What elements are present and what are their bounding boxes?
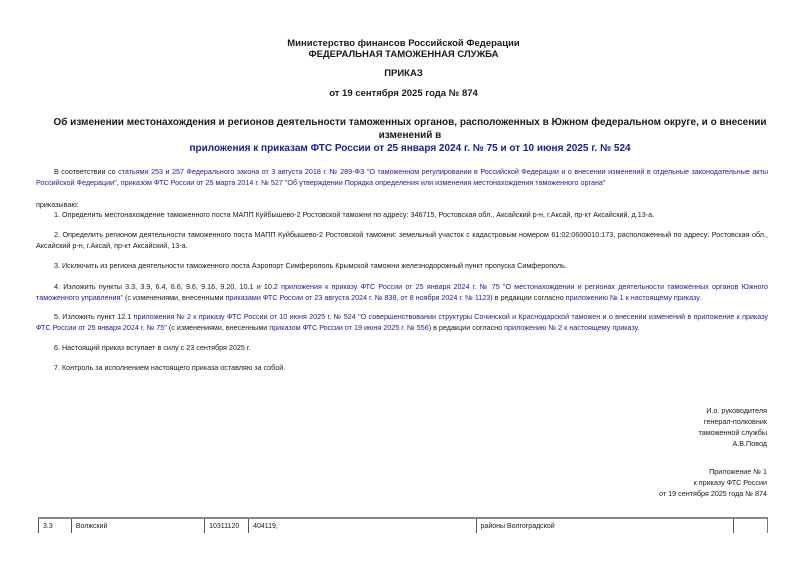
item-text: 5. Изложить пункт 12.1 bbox=[54, 312, 134, 321]
order-527-link[interactable]: приказом ФТС России от 25 марта 2014 г. … bbox=[121, 178, 606, 187]
table-row: 3.3 Волжский 10311120 404119, районы Вол… bbox=[39, 518, 768, 533]
signature-position: И.о. руководителя bbox=[699, 405, 767, 416]
appendix-header: Приложение № 1 к приказу ФТС России от 1… bbox=[659, 466, 767, 499]
item-7: 7. Контроль за исполнением настоящего пр… bbox=[36, 362, 768, 373]
appendix-2-link[interactable]: приложению № 2 к настоящему приказу bbox=[504, 323, 637, 332]
item-1: 1. Определить местонахождение таможенног… bbox=[36, 209, 768, 220]
document-type: ПРИКАЗ bbox=[0, 68, 807, 79]
item-2: 2. Определить регионом деятельности тамо… bbox=[36, 229, 768, 251]
table-cell-region: районы Волгоградской bbox=[476, 518, 734, 533]
title-link[interactable]: приложения к приказам ФТС России от 25 я… bbox=[189, 143, 630, 154]
table-cell-post: Волжский bbox=[71, 518, 204, 533]
item-6: 6. Настоящий приказ вступает в силу с 23… bbox=[36, 342, 768, 353]
orders-838-1123-link[interactable]: приказами ФТС России от 23 августа 2024 … bbox=[226, 293, 491, 302]
table-cell-number: 3.3 bbox=[39, 518, 72, 533]
appendix-1-link[interactable]: приложению № 1 к настоящему приказу bbox=[566, 293, 699, 302]
item-5: 5. Изложить пункт 12.1 приложения № 2 к … bbox=[36, 311, 768, 333]
item-3: 3. Исключить из региона деятельности там… bbox=[36, 260, 768, 271]
item-text: 4. Изложить пункты 3.3, 3.9, 6.4, 6.6, 9… bbox=[54, 282, 281, 291]
item-text: ) в редакции согласно bbox=[429, 323, 504, 332]
document-date-number: от 19 сентября 2025 года № 874 bbox=[0, 88, 807, 99]
preamble: В соответствии со статьями 253 и 257 Фед… bbox=[36, 166, 768, 188]
table-cell-extra bbox=[734, 518, 768, 533]
appendix-table: 3.3 Волжский 10311120 404119, районы Вол… bbox=[38, 517, 768, 533]
service-name: ФЕДЕРАЛЬНАЯ ТАМОЖЕННАЯ СЛУЖБА bbox=[0, 49, 807, 60]
document-title: Об изменении местонахождения и регионов … bbox=[30, 116, 790, 155]
ministry-name: Министерство финансов Российской Федерац… bbox=[0, 38, 807, 49]
item-text: (с изменениями, внесенными bbox=[123, 293, 225, 302]
appendix-ref: к приказу ФТС России bbox=[659, 477, 767, 488]
signature-block: И.о. руководителя генерал-полковник тамо… bbox=[699, 405, 767, 449]
table-cell-address: 404119, bbox=[249, 518, 476, 533]
signature-service: таможенной службы bbox=[699, 427, 767, 438]
item-text: (с изменениями, внесенными bbox=[167, 323, 269, 332]
appendix-date: от 19 сентября 2025 года № 874 bbox=[659, 488, 767, 499]
item-text: ) в редакции согласно bbox=[490, 293, 565, 302]
signature-name: А.В.Повод bbox=[699, 438, 767, 449]
table-cell-code: 10311120 bbox=[205, 518, 249, 533]
item-4: 4. Изложить пункты 3.3, 3.9, 6.4, 6.6, 9… bbox=[36, 281, 768, 303]
title-text: Об изменении местонахождения и регионов … bbox=[30, 116, 790, 142]
item-text: . bbox=[638, 323, 640, 332]
order-556-link[interactable]: приказом ФТС России от 19 июня 2025 г. №… bbox=[269, 323, 428, 332]
item-text: . bbox=[699, 293, 701, 302]
preamble-text: В соответствии со bbox=[54, 167, 118, 176]
signature-rank: генерал-полковник bbox=[699, 416, 767, 427]
appendix-title: Приложение № 1 bbox=[659, 466, 767, 477]
